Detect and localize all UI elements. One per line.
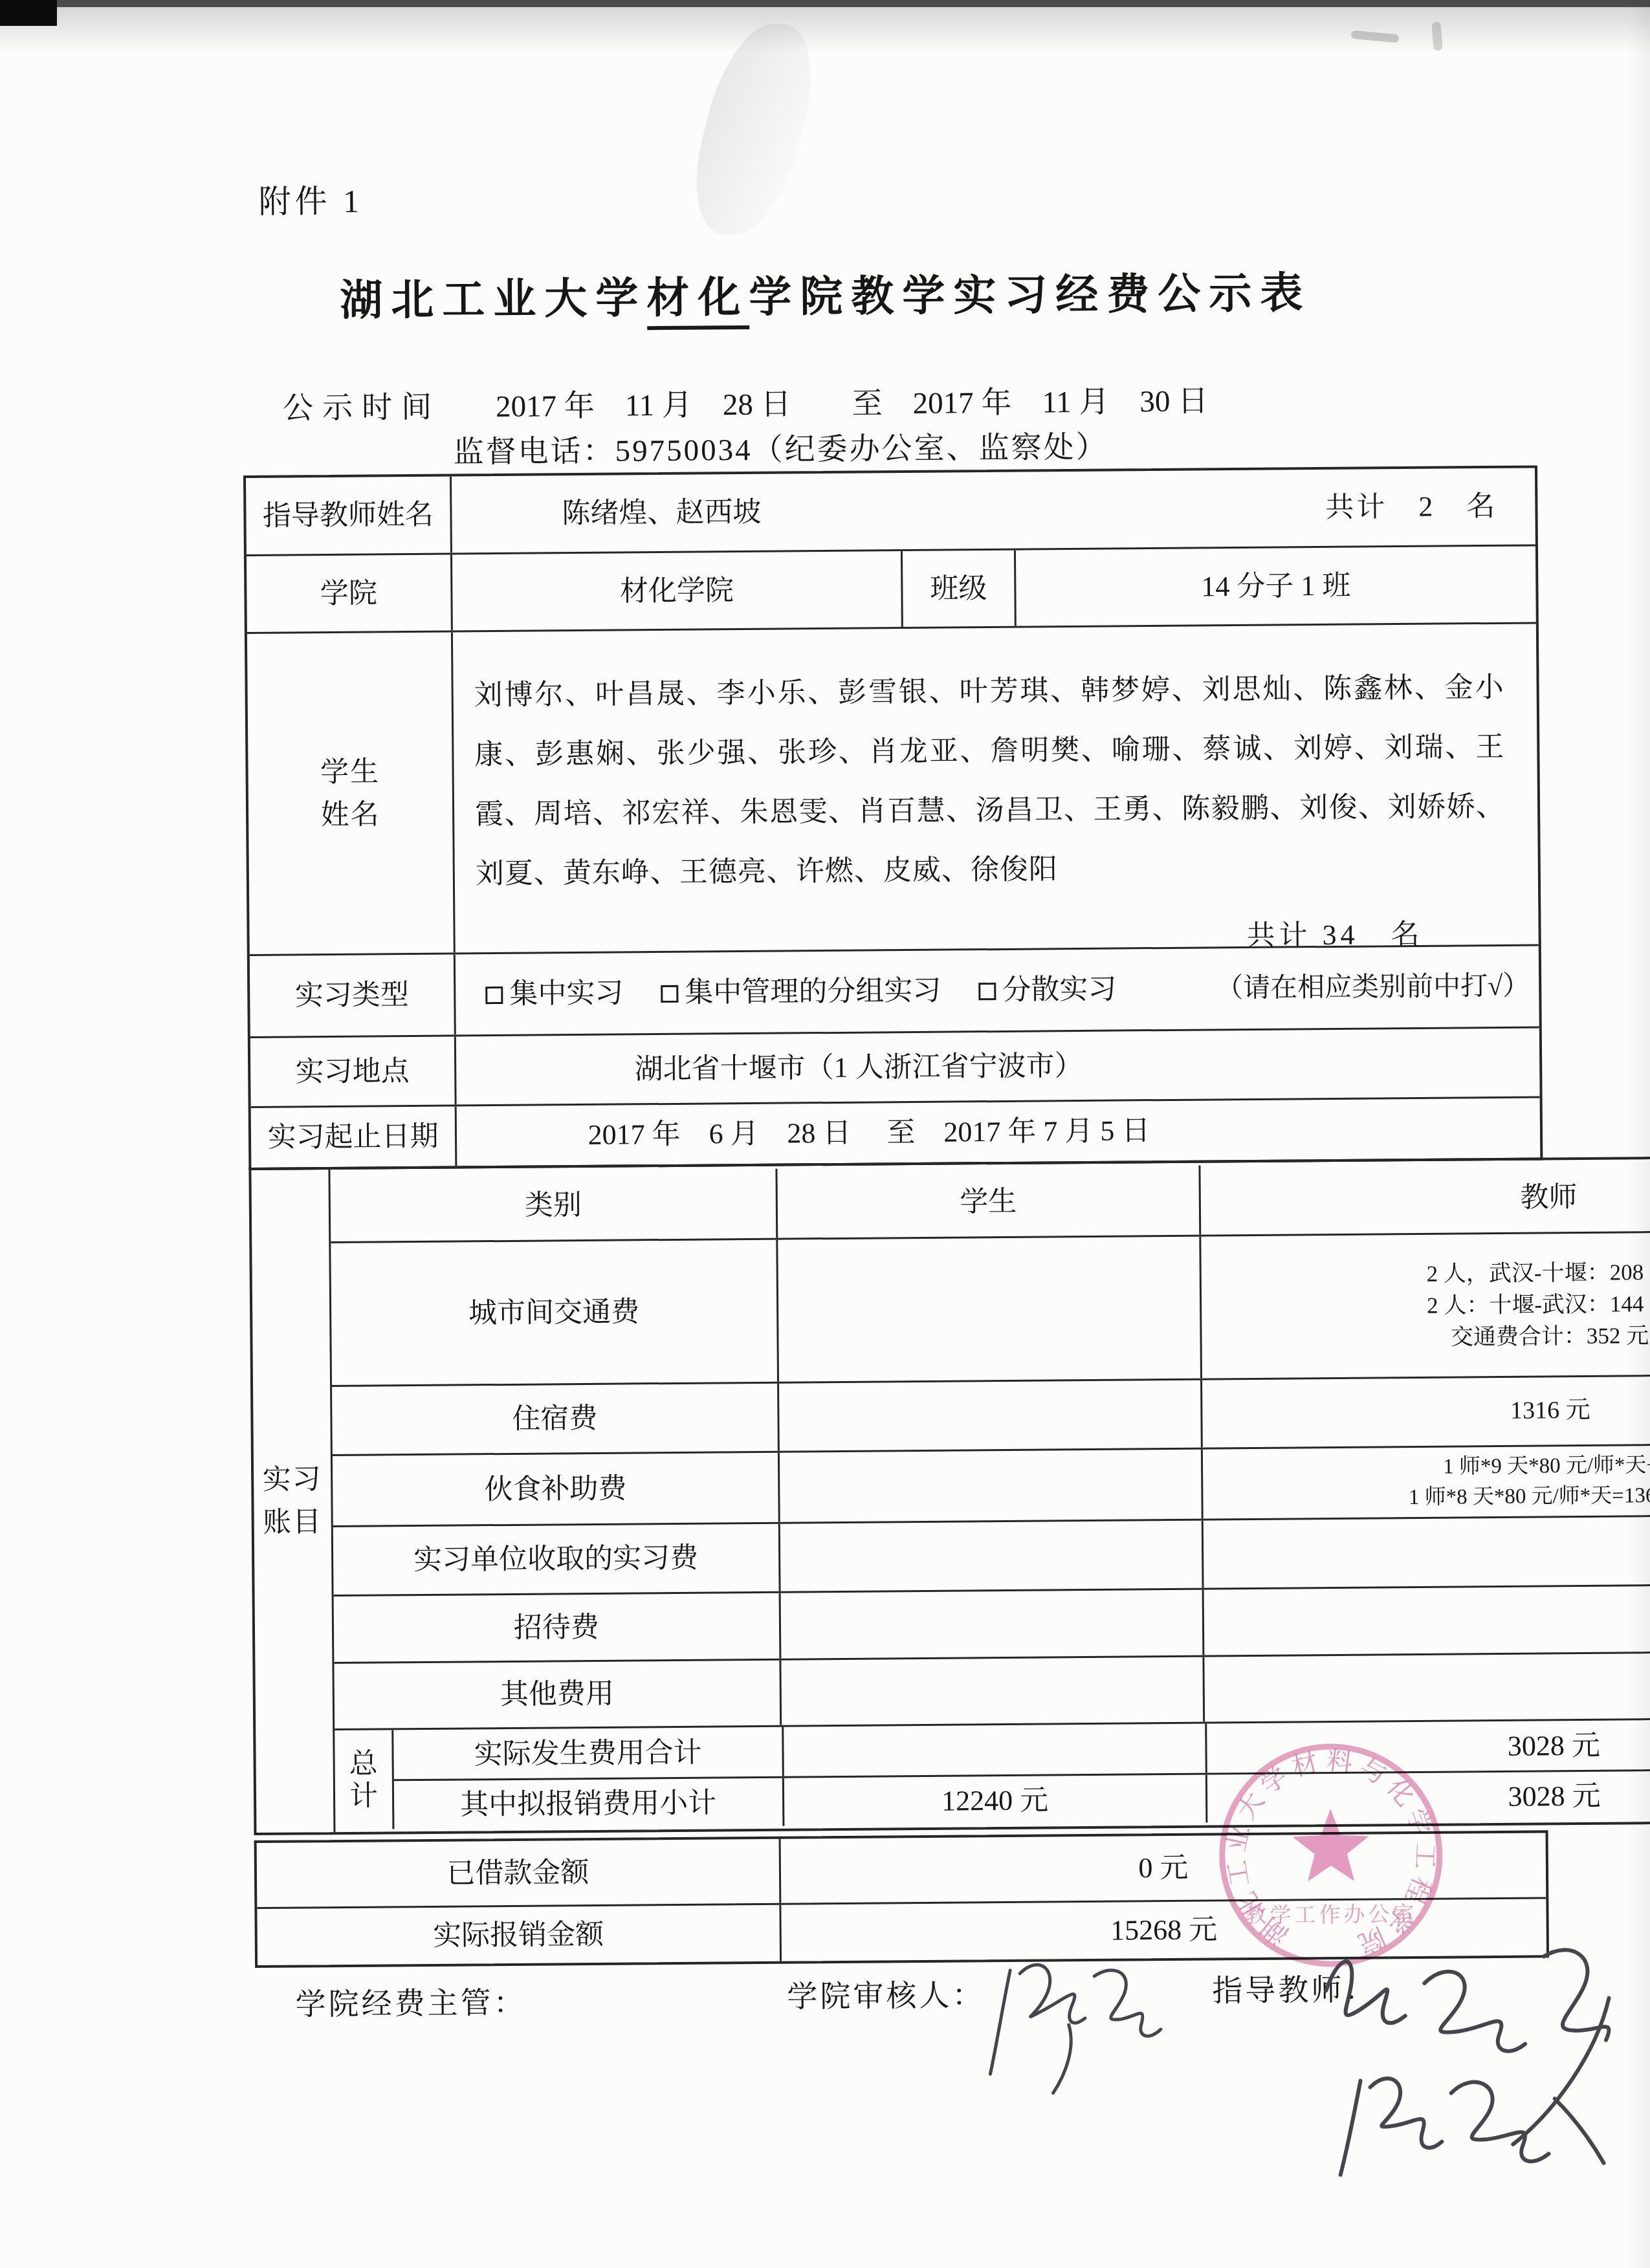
fee-row-unit-fee: 实习单位收取的实习费 — [333, 1513, 1650, 1595]
fee-student-cell — [777, 1380, 1201, 1451]
fee-student-cell — [776, 1237, 1200, 1382]
fee-student-cell — [778, 1521, 1202, 1591]
location-label-cell: 实习地点 — [250, 1037, 455, 1106]
total-actual-student — [782, 1724, 1205, 1777]
teacher-line: 2 人：十堰-武汉：144 元 — [1427, 1288, 1650, 1322]
students-row: 学生 姓名 刘博尔、叶昌晟、李小乐、彭雪银、叶芳琪、韩梦婷、刘思灿、陈鑫林、金小… — [247, 622, 1539, 954]
checkbox-unchecked-icon — [978, 983, 996, 1000]
checkbox-unchecked-icon — [485, 986, 503, 1003]
total-side-line2: 计 — [349, 1780, 378, 1812]
student-names: 刘博尔、叶昌晟、李小乐、彭雪银、叶芳琪、韩梦婷、刘思灿、陈鑫林、金小康、彭惠娴、… — [474, 658, 1506, 904]
fee-row-label: 其他费用 — [334, 1661, 780, 1728]
account-header-row: 类别 学生 教师 — [330, 1160, 1650, 1241]
fee-teacher-cell — [1202, 1584, 1650, 1655]
dates-value-cell: 2017 年 6 月 28 日 至 2017 年 7 月 5 日 — [455, 1098, 1541, 1166]
internship-type-label-cell: 实习类型 — [250, 955, 454, 1036]
type-option-label: 分散实习 — [1002, 971, 1116, 1009]
students-label-cell: 学生 姓名 — [247, 633, 454, 954]
total-actual-label: 实际发生费用合计 — [393, 1727, 782, 1780]
checkbox-unchecked-icon — [661, 985, 678, 1002]
internship-type-value-cell: 集中实习 集中管理的分组实习 分散实习 （请在相应类别前中打√） — [454, 946, 1539, 1034]
signature-advisor-1 — [1326, 1950, 1610, 2146]
type-option-label: 集中管理的分组实习 — [685, 972, 941, 1011]
account-side-label-line1: 实习 — [262, 1458, 322, 1501]
title-suffix: 学院教学实习经费公示表 — [749, 270, 1312, 322]
teacher-line: 交通费合计：352 元 — [1451, 1320, 1649, 1353]
seal-star-icon — [1292, 1809, 1369, 1882]
reimbursed-label-cell: 实际报销金额 — [257, 1905, 780, 1965]
fee-student-cell — [779, 1657, 1203, 1725]
advisor-value-cell: 陈绪煌、赵西坡 共计 2 名 — [450, 468, 1535, 552]
advisor-count: 共计 2 名 — [1325, 488, 1535, 527]
college-value-cell: 材化学院 — [450, 551, 901, 630]
attachment-label: 附件 1 — [258, 175, 363, 223]
students-label-line1: 学生 — [320, 750, 380, 794]
scanned-document-page: 附件 1 湖北工业大学材化学院教学实习经费公示表 公示时间2017 年 11 月… — [0, 0, 1650, 2268]
total-reimburse-student: 12240 元 — [782, 1775, 1206, 1826]
type-option-concentrated: 集中实习 — [485, 975, 623, 1013]
total-reimburse-label: 其中拟报销费用小计 — [394, 1778, 783, 1829]
fee-teacher-cell — [1202, 1515, 1650, 1587]
fee-teacher-cell: 1 师*9 天*80 元/师*天+ 1 师*8 天*80 元/师*天=1360 … — [1201, 1444, 1650, 1518]
info-table: 指导教师姓名 陈绪煌、赵西坡 共计 2 名 学院 材化学院 班级 14 分子 1… — [243, 465, 1543, 1170]
title-prefix: 湖北工业大学 — [340, 275, 647, 325]
teacher-line: 1 师*8 天*80 元/师*天=1360 元 — [1409, 1480, 1650, 1512]
manager-signature-label: 学院经费主管： — [295, 1979, 527, 2024]
fee-row-label: 城市间交通费 — [331, 1240, 777, 1385]
title-underlined-part: 材化 — [646, 274, 749, 330]
college-row: 学院 材化学院 班级 14 分子 1 班 — [247, 544, 1536, 632]
dates-row: 实习起止日期 2017 年 6 月 28 日 至 2017 年 7 月 5 日 — [251, 1096, 1541, 1168]
teacher-line: 1 师*9 天*80 元/师*天+ — [1443, 1450, 1650, 1482]
type-option-dispersed: 分散实习 — [978, 971, 1116, 1009]
fee-row-meals: 伙食补助费 1 师*9 天*80 元/师*天+ 1 师*8 天*80 元/师*天… — [333, 1442, 1650, 1525]
col-header-category: 类别 — [330, 1169, 776, 1241]
type-option-grouped: 集中管理的分组实习 — [661, 972, 941, 1012]
type-option-label: 集中实习 — [509, 975, 623, 1013]
account-side-label-line2: 账目 — [263, 1501, 323, 1544]
fee-student-cell — [778, 1450, 1202, 1522]
teacher-line: 2 人，武汉-十堰：208 元 — [1426, 1256, 1650, 1290]
internship-type-row: 实习类型 集中实习 集中管理的分组实习 分散实习 （请在相应类别前中打√） — [250, 944, 1539, 1036]
fee-teacher-cell: 1316 元 — [1200, 1375, 1650, 1447]
total-side-line1: 总 — [349, 1747, 377, 1780]
location-value-cell: 湖北省十堰市（1 人浙江省宁波市） — [454, 1028, 1540, 1104]
publicity-time-value: 2017 年 11 月 28 日 至 2017 年 11 月 30 日 — [496, 384, 1208, 424]
publicity-time-label: 公示时间 — [283, 391, 441, 426]
fee-student-cell — [779, 1590, 1203, 1659]
fee-teacher-cell: 2 人，武汉-十堰：208 元 2 人：十堰-武汉：144 元 交通费合计：35… — [1199, 1231, 1650, 1378]
fee-row-label: 实习单位收取的实习费 — [333, 1524, 779, 1595]
fee-row-reception: 招待费 — [334, 1582, 1650, 1662]
advisor-label-cell: 指导教师姓名 — [246, 477, 450, 554]
handwritten-signatures — [906, 1904, 1650, 2220]
fee-row-transport: 城市间交通费 2 人，武汉-十堰：208 元 2 人：十堰-武汉：144 元 交… — [331, 1229, 1650, 1385]
fee-row-label: 住宿费 — [332, 1384, 778, 1454]
students-label-line2: 姓名 — [320, 793, 380, 836]
document-content: 附件 1 湖北工业大学材化学院教学实习经费公示表 公示时间2017 年 11 月… — [0, 0, 1650, 2268]
fee-row-label: 招待费 — [334, 1593, 780, 1662]
total-side-label: 总 计 — [335, 1730, 392, 1829]
fee-row-lodging: 住宿费 1316 元 — [332, 1373, 1650, 1454]
fee-row-label: 伙食补助费 — [333, 1453, 778, 1525]
class-value-cell: 14 分子 1 班 — [1014, 546, 1536, 626]
account-side-label: 实习 账目 — [251, 1170, 333, 1833]
supervision-hotline: 监督电话：59750034（纪委办公室、监察处） — [453, 423, 1108, 472]
advisor-row: 指导教师姓名 陈绪煌、赵西坡 共计 2 名 — [246, 468, 1535, 554]
publicity-time-line: 公示时间2017 年 11 月 28 日 至 2017 年 11 月 30 日 — [283, 376, 1208, 427]
col-header-teacher: 教师 — [1198, 1160, 1650, 1234]
signature-auditor — [989, 1964, 1161, 2093]
page-title: 湖北工业大学材化学院教学实习经费公示表 — [178, 257, 1473, 329]
class-label-cell: 班级 — [901, 551, 1015, 627]
col-header-student: 学生 — [775, 1166, 1199, 1238]
borrowed-label-cell: 已借款金额 — [257, 1839, 780, 1907]
students-value-cell: 刘博尔、叶昌晟、李小乐、彭雪银、叶芳琪、韩梦婷、刘思灿、陈鑫林、金小康、彭惠娴、… — [451, 624, 1539, 952]
advisor-names: 陈绪煌、赵西坡 — [562, 494, 761, 532]
college-label-cell: 学院 — [247, 555, 451, 632]
type-note: （请在相应类别前中打√） — [1216, 968, 1530, 1006]
location-row: 实习地点 湖北省十堰市（1 人浙江省宁波市） — [250, 1026, 1540, 1106]
dates-label-cell: 实习起止日期 — [251, 1107, 456, 1168]
